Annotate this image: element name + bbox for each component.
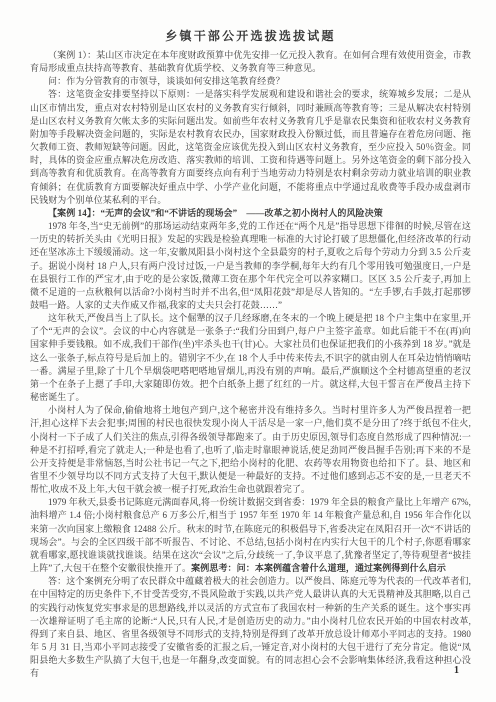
paragraph-text: 这年秋天,严俊昌当上了队长。这个倔犟的汉子几经琢磨,在冬末的一个晚上硬是把 18… — [30, 313, 471, 402]
paragraph-1978-winter: 1978 年冬,当“史无前例”的那场运动结束两年多,党的工作还在“两个凡是”指导… — [30, 220, 471, 312]
paragraph-text: （案例 1）：某山区市决定在本年度财政预算中优先安排一亿元投入教育。在如何合理有… — [30, 50, 471, 73]
case-reflection-question: 案例思考：问：本案例蕴含着什么道理，通过案例得到什么启示 — [191, 563, 446, 573]
paragraph-text: 1979 年秋天,县委书记陈庭元满面春风,将一份统计数据交到省委：1979 年全… — [30, 497, 471, 573]
paragraph-case14-heading: 【案例 14】：“无声的会议”和“不讲话的现场会” ——改革之初小岗村人的风险决… — [30, 207, 471, 220]
paragraph-text: 1978 年冬,当“史无前例”的那场运动结束两年多,党的工作还在“两个凡是”指导… — [30, 221, 471, 310]
paragraph-case1-intro: （案例 1）：某山区市决定在本年度财政预算中优先安排一亿元投入教育。在如何合理有… — [30, 49, 471, 75]
paragraph-answer-2: 答：这个案例充分明了农民群众中蕴藏着极大的社会创造力。以严俊昌、陈庭元等为代表的… — [30, 575, 471, 680]
paragraph-text: 【案例 14】：“无声的会议”和“不讲话的现场会” ——改革之初小岗村人的风险决… — [48, 208, 383, 218]
paragraph-silent-meeting: 这年秋天,严俊昌当上了队长。这个倔犟的汉子几经琢磨,在冬末的一个晚上硬是把 18… — [30, 312, 471, 404]
document-content: 乡镇干部公开选拔选拔试题 （案例 1）：某山区市决定在本年度财政预算中优先安排一… — [30, 27, 471, 681]
document-page: 乡镇干部公开选拔选拔试题 （案例 1）：某山区市决定在本年度财政预算中优先安排一… — [0, 0, 496, 702]
paragraph-text: 答：这个案例充分明了农民群众中蕴藏着极大的社会创造力。以严俊昌、陈庭元等为代表的… — [30, 576, 471, 678]
paragraph-question: 问：作为分管教育的市领导，谈谈如何安排这笔教育经费？ — [30, 75, 471, 88]
page-number: 1 — [454, 665, 459, 676]
page-title: 乡镇干部公开选拔选拔试题 — [30, 27, 471, 44]
paragraph-text: 答：这笔资金安排要坚持以下原则：一是落实科学发展观和建设和谐社会的要求，统筹城乡… — [30, 89, 471, 204]
paragraph-1979-harvest: 1979 年秋天,县委书记陈庭元满面春风,将一份统计数据交到省委：1979 年全… — [30, 496, 471, 575]
paragraph-text: 小岗村人为了保命,偷偷地将土地包产到户,这个秘密并没有维持多久。当时村里许多人为… — [30, 405, 471, 494]
paragraph-text: 问：作为分管教育的市领导，谈谈如何安排这笔教育经费？ — [48, 76, 285, 86]
paragraph-answer-1: 答：这笔资金安排要坚持以下原则：一是落实科学发展观和建设和谐社会的要求，统筹城乡… — [30, 88, 471, 206]
paragraph-secret-contract: 小岗村人为了保命,偷偷地将土地包产到户,这个秘密并没有维持多久。当时村里许多人为… — [30, 404, 471, 496]
